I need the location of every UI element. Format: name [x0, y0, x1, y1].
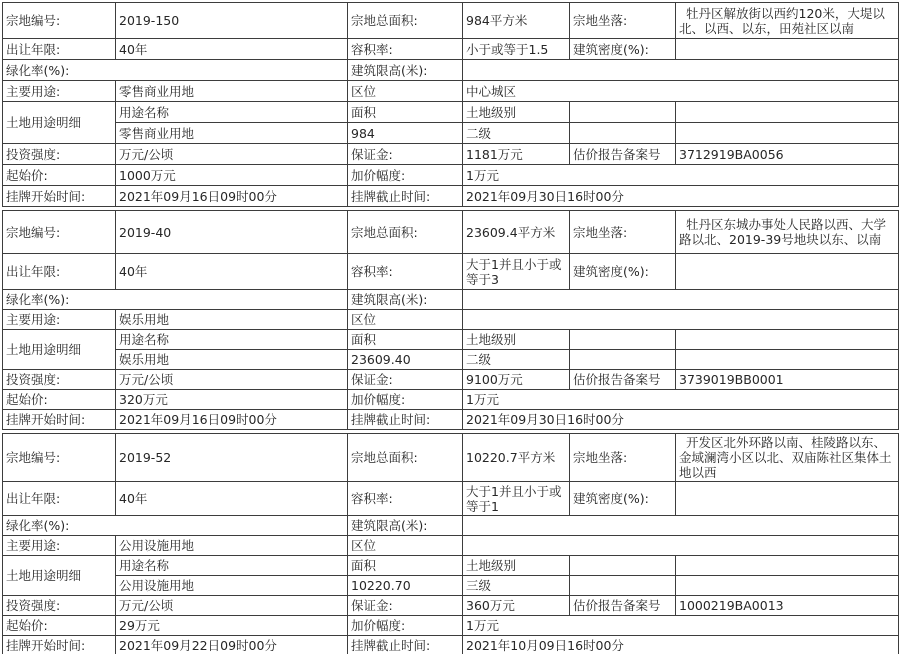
use-name-value: 娱乐用地 [116, 350, 348, 370]
main-use-label: 主要用途: [3, 81, 116, 102]
investment-value: 万元/公顷 [116, 144, 348, 165]
table-row: 投资强度: 万元/公顷 保证金: 9100万元 估价报告备案号 3739019B… [3, 370, 899, 390]
greening-rate-label: 绿化率(%): [3, 290, 348, 310]
total-area-label: 宗地总面积: [348, 434, 463, 482]
land-grade-header: 土地级别 [463, 330, 570, 350]
plot-ratio-value: 大于1并且小于或等于3 [463, 254, 570, 290]
location-label: 宗地坐落: [570, 434, 676, 482]
listing-start-label: 挂牌开始时间: [3, 186, 116, 207]
table-row: 主要用途: 公用设施用地 区位 [3, 536, 899, 556]
table-row: 挂牌开始时间: 2021年09月16日09时00分 挂牌截止时间: 2021年0… [3, 410, 899, 430]
tenure-value: 40年 [116, 254, 348, 290]
report-no-value: 3712919BA0056 [676, 144, 899, 165]
listing-end-value: 2021年09月30日16时00分 [463, 186, 899, 207]
use-name-header: 用途名称 [116, 556, 348, 576]
empty-cell [570, 576, 676, 596]
building-density-label: 建筑密度(%): [570, 254, 676, 290]
start-price-label: 起始价: [3, 616, 116, 636]
location-value: 牡丹区东城办事处人民路以西、大学路以北、2019-39号地块以东、以南 [676, 211, 899, 254]
building-density-label: 建筑密度(%): [570, 39, 676, 60]
parcel-id-label: 宗地编号: [3, 434, 116, 482]
main-use-value: 零售商业用地 [116, 81, 348, 102]
height-limit-label: 建筑限高(米): [348, 290, 463, 310]
height-limit-label: 建筑限高(米): [348, 60, 463, 81]
height-limit-value [463, 290, 899, 310]
report-no-label: 估价报告备案号 [570, 370, 676, 390]
tenure-label: 出让年限: [3, 482, 116, 516]
area-header: 面积 [348, 102, 463, 123]
investment-label: 投资强度: [3, 144, 116, 165]
total-area-value: 984平方米 [463, 3, 570, 39]
land-grade-value: 二级 [463, 350, 570, 370]
location-value: 牡丹区解放街以西约120米，大堤以北、以西、以东，田苑社区以南 [676, 3, 899, 39]
main-use-value: 娱乐用地 [116, 310, 348, 330]
listing-end-value: 2021年09月30日16时00分 [463, 410, 899, 430]
building-density-value [676, 39, 899, 60]
use-name-header: 用途名称 [116, 330, 348, 350]
building-density-label: 建筑密度(%): [570, 482, 676, 516]
district-value [463, 310, 899, 330]
listing-start-label: 挂牌开始时间: [3, 636, 116, 654]
start-price-label: 起始价: [3, 390, 116, 410]
start-price-value: 29万元 [116, 616, 348, 636]
main-use-label: 主要用途: [3, 536, 116, 556]
empty-cell [676, 330, 899, 350]
listing-start-label: 挂牌开始时间: [3, 410, 116, 430]
increment-label: 加价幅度: [348, 390, 463, 410]
table-row: 主要用途: 娱乐用地 区位 [3, 310, 899, 330]
table-row: 挂牌开始时间: 2021年09月16日09时00分 挂牌截止时间: 2021年0… [3, 186, 899, 207]
table-row: 起始价: 320万元 加价幅度: 1万元 [3, 390, 899, 410]
empty-cell [676, 556, 899, 576]
table-row: 土地用途明细 用途名称 面积 土地级别 [3, 330, 899, 350]
area-header: 面积 [348, 330, 463, 350]
parcel-id-label: 宗地编号: [3, 3, 116, 39]
table-row: 出让年限: 40年 容积率: 小于或等于1.5 建筑密度(%): [3, 39, 899, 60]
report-no-value: 1000219BA0013 [676, 596, 899, 616]
location-label: 宗地坐落: [570, 3, 676, 39]
plot-ratio-value: 小于或等于1.5 [463, 39, 570, 60]
table-row: 公用设施用地 10220.70 三级 [3, 576, 899, 596]
empty-cell [676, 350, 899, 370]
table-row: 出让年限: 40年 容积率: 大于1并且小于或等于1 建筑密度(%): [3, 482, 899, 516]
use-name-value: 公用设施用地 [116, 576, 348, 596]
plot-ratio-label: 容积率: [348, 254, 463, 290]
investment-label: 投资强度: [3, 596, 116, 616]
parcel-id-value: 2019-150 [116, 3, 348, 39]
use-detail-label: 土地用途明细 [3, 102, 116, 144]
deposit-value: 360万元 [463, 596, 570, 616]
main-use-label: 主要用途: [3, 310, 116, 330]
total-area-label: 宗地总面积: [348, 3, 463, 39]
tenure-value: 40年 [116, 39, 348, 60]
land-grade-header: 土地级别 [463, 102, 570, 123]
greening-rate-label: 绿化率(%): [3, 516, 348, 536]
building-density-value [676, 482, 899, 516]
deposit-label: 保证金: [348, 370, 463, 390]
district-value [463, 536, 899, 556]
empty-cell [570, 102, 676, 123]
table-row: 投资强度: 万元/公顷 保证金: 360万元 估价报告备案号 1000219BA… [3, 596, 899, 616]
table-row: 宗地编号: 2019-40 宗地总面积: 23609.4平方米 宗地坐落: 牡丹… [3, 211, 899, 254]
listing-end-value: 2021年10月09日16时00分 [463, 636, 899, 654]
deposit-value: 1181万元 [463, 144, 570, 165]
listing-end-label: 挂牌截止时间: [348, 636, 463, 654]
building-density-value [676, 254, 899, 290]
total-area-value: 23609.4平方米 [463, 211, 570, 254]
district-label: 区位 [348, 81, 463, 102]
plot-ratio-value: 大于1并且小于或等于1 [463, 482, 570, 516]
table-row: 投资强度: 万元/公顷 保证金: 1181万元 估价报告备案号 3712919B… [3, 144, 899, 165]
plot-ratio-label: 容积率: [348, 39, 463, 60]
location-value: 开发区北外环路以南、桂陵路以东、金域澜湾小区以北、双庙陈社区集体土地以西 [676, 434, 899, 482]
table-row: 出让年限: 40年 容积率: 大于1并且小于或等于3 建筑密度(%): [3, 254, 899, 290]
table-row: 挂牌开始时间: 2021年09月22日09时00分 挂牌截止时间: 2021年1… [3, 636, 899, 654]
parcel-id-value: 2019-52 [116, 434, 348, 482]
height-limit-value [463, 516, 899, 536]
table-row: 绿化率(%): 建筑限高(米): [3, 290, 899, 310]
parcel-table-2: 宗地编号: 2019-40 宗地总面积: 23609.4平方米 宗地坐落: 牡丹… [2, 210, 899, 430]
report-no-value: 3739019BB0001 [676, 370, 899, 390]
increment-value: 1万元 [463, 616, 899, 636]
land-grade-header: 土地级别 [463, 556, 570, 576]
empty-cell [570, 556, 676, 576]
table-row: 娱乐用地 23609.40 二级 [3, 350, 899, 370]
height-limit-value [463, 60, 899, 81]
investment-value: 万元/公顷 [116, 596, 348, 616]
parcel-table-3: 宗地编号: 2019-52 宗地总面积: 10220.7平方米 宗地坐落: 开发… [2, 433, 899, 654]
listing-end-label: 挂牌截止时间: [348, 186, 463, 207]
tenure-label: 出让年限: [3, 254, 116, 290]
use-name-value: 零售商业用地 [116, 123, 348, 144]
tenure-value: 40年 [116, 482, 348, 516]
start-price-label: 起始价: [3, 165, 116, 186]
total-area-value: 10220.7平方米 [463, 434, 570, 482]
parcel-table-1: 宗地编号: 2019-150 宗地总面积: 984平方米 宗地坐落: 牡丹区解放… [2, 2, 899, 207]
parcel-id-value: 2019-40 [116, 211, 348, 254]
empty-cell [676, 576, 899, 596]
use-detail-label: 土地用途明细 [3, 556, 116, 596]
start-price-value: 320万元 [116, 390, 348, 410]
empty-cell [676, 102, 899, 123]
use-area-value: 23609.40 [348, 350, 463, 370]
deposit-label: 保证金: [348, 596, 463, 616]
table-row: 零售商业用地 984 二级 [3, 123, 899, 144]
use-area-value: 984 [348, 123, 463, 144]
listing-start-value: 2021年09月22日09时00分 [116, 636, 348, 654]
investment-label: 投资强度: [3, 370, 116, 390]
deposit-value: 9100万元 [463, 370, 570, 390]
district-label: 区位 [348, 536, 463, 556]
land-grade-value: 二级 [463, 123, 570, 144]
empty-cell [570, 350, 676, 370]
use-area-value: 10220.70 [348, 576, 463, 596]
increment-label: 加价幅度: [348, 616, 463, 636]
table-row: 土地用途明细 用途名称 面积 土地级别 [3, 556, 899, 576]
plot-ratio-label: 容积率: [348, 482, 463, 516]
table-row: 土地用途明细 用途名称 面积 土地级别 [3, 102, 899, 123]
increment-value: 1万元 [463, 165, 899, 186]
increment-label: 加价幅度: [348, 165, 463, 186]
total-area-label: 宗地总面积: [348, 211, 463, 254]
table-row: 宗地编号: 2019-150 宗地总面积: 984平方米 宗地坐落: 牡丹区解放… [3, 3, 899, 39]
table-row: 起始价: 29万元 加价幅度: 1万元 [3, 616, 899, 636]
use-name-header: 用途名称 [116, 102, 348, 123]
greening-rate-label: 绿化率(%): [3, 60, 348, 81]
table-row: 起始价: 1000万元 加价幅度: 1万元 [3, 165, 899, 186]
location-label: 宗地坐落: [570, 211, 676, 254]
report-no-label: 估价报告备案号 [570, 596, 676, 616]
empty-cell [570, 123, 676, 144]
height-limit-label: 建筑限高(米): [348, 516, 463, 536]
listing-start-value: 2021年09月16日09时00分 [116, 410, 348, 430]
area-header: 面积 [348, 556, 463, 576]
land-listing-sheet: 宗地编号: 2019-150 宗地总面积: 984平方米 宗地坐落: 牡丹区解放… [0, 0, 900, 654]
empty-cell [570, 330, 676, 350]
district-label: 区位 [348, 310, 463, 330]
tenure-label: 出让年限: [3, 39, 116, 60]
increment-value: 1万元 [463, 390, 899, 410]
deposit-label: 保证金: [348, 144, 463, 165]
table-row: 绿化率(%): 建筑限高(米): [3, 516, 899, 536]
district-value: 中心城区 [463, 81, 899, 102]
empty-cell [676, 123, 899, 144]
table-row: 绿化率(%): 建筑限高(米): [3, 60, 899, 81]
table-row: 宗地编号: 2019-52 宗地总面积: 10220.7平方米 宗地坐落: 开发… [3, 434, 899, 482]
investment-value: 万元/公顷 [116, 370, 348, 390]
land-grade-value: 三级 [463, 576, 570, 596]
listing-end-label: 挂牌截止时间: [348, 410, 463, 430]
main-use-value: 公用设施用地 [116, 536, 348, 556]
parcel-id-label: 宗地编号: [3, 211, 116, 254]
table-row: 主要用途: 零售商业用地 区位 中心城区 [3, 81, 899, 102]
listing-start-value: 2021年09月16日09时00分 [116, 186, 348, 207]
start-price-value: 1000万元 [116, 165, 348, 186]
use-detail-label: 土地用途明细 [3, 330, 116, 370]
report-no-label: 估价报告备案号 [570, 144, 676, 165]
